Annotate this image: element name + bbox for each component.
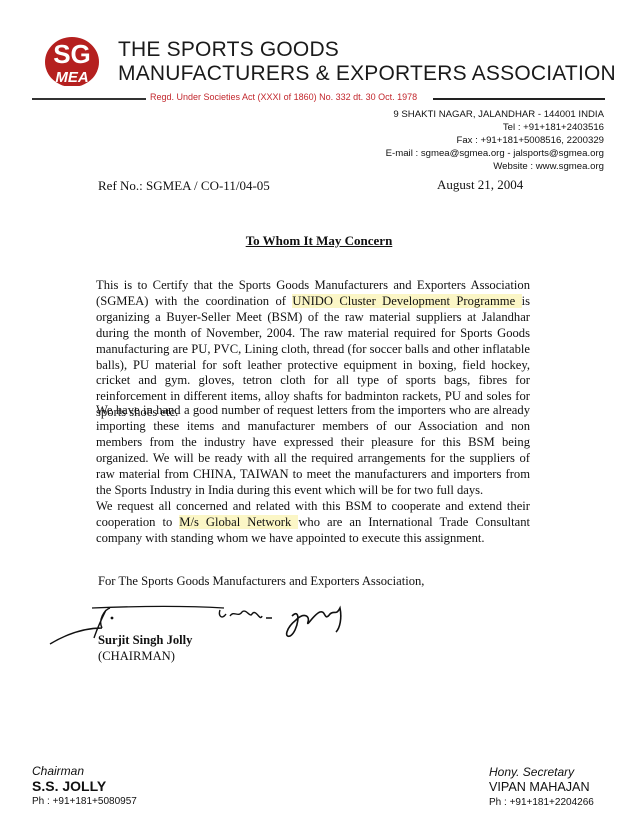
- org-name-line1: THE SPORTS GOODS: [118, 38, 616, 62]
- website: Website : www.sgmea.org: [386, 160, 604, 173]
- footer-chairman-role: Chairman: [32, 764, 137, 778]
- paragraph-2: We have in hand a good number of request…: [96, 403, 530, 498]
- footer-secretary: Hony. Secretary VIPAN MAHAJAN Ph : +91+1…: [489, 765, 594, 809]
- signatory-title: (CHAIRMAN): [98, 648, 192, 664]
- footer-secretary-name: VIPAN MAHAJAN: [489, 779, 594, 796]
- signatory-name: Surjit Singh Jolly: [98, 632, 192, 648]
- logo-text-bottom: MEA: [55, 69, 88, 86]
- closing-line: For The Sports Goods Manufacturers and E…: [98, 574, 424, 589]
- signatory-block: Surjit Singh Jolly (CHAIRMAN): [98, 632, 192, 664]
- org-name-line2: MANUFACTURERS & EXPORTERS ASSOCIATION: [118, 62, 616, 86]
- email: E-mail : sgmea@sgmea.org - jalsports@sgm…: [386, 147, 604, 160]
- footer-secretary-role: Hony. Secretary: [489, 765, 594, 779]
- contact-block: 9 SHAKTI NAGAR, JALANDHAR - 144001 INDIA…: [386, 108, 604, 173]
- letterhead-rule-left: [32, 98, 146, 100]
- footer-chairman: Chairman S.S. JOLLY Ph : +91+181+5080957: [32, 764, 137, 808]
- highlight-global-network: M/s Global Network: [179, 515, 298, 529]
- logo-text-top: SG: [53, 39, 91, 69]
- letterhead-rule-right: [433, 98, 605, 100]
- footer-chairman-phone: Ph : +91+181+5080957: [32, 795, 137, 808]
- reference-number: Ref No.: SGMEA / CO-11/04-05: [98, 178, 270, 194]
- sgmea-logo-icon: SG MEA: [42, 34, 102, 86]
- telephone: Tel : +91+181+2403516: [386, 121, 604, 134]
- registration-note: Regd. Under Societies Act (XXXI of 1860)…: [150, 92, 417, 102]
- letter-subject: To Whom It May Concern: [0, 233, 638, 249]
- paragraph-1: This is to Certify that the Sports Goods…: [96, 278, 530, 421]
- handwritten-signature-icon: [40, 598, 360, 664]
- footer-chairman-name: S.S. JOLLY: [32, 778, 137, 795]
- postal-address: 9 SHAKTI NAGAR, JALANDHAR - 144001 INDIA: [386, 108, 604, 121]
- organization-name: THE SPORTS GOODS MANUFACTURERS & EXPORTE…: [118, 38, 616, 86]
- fax: Fax : +91+181+5008516, 2200329: [386, 134, 604, 147]
- highlight-unido: UNIDO Cluster Development Programme: [292, 294, 521, 308]
- footer-secretary-phone: Ph : +91+181+2204266: [489, 796, 594, 809]
- paragraph-1-text-b: is organizing a Buyer-Seller Meet (BSM) …: [96, 294, 530, 419]
- letter-date: August 21, 2004: [437, 177, 523, 193]
- paragraph-3: We request all concerned and related wit…: [96, 499, 530, 547]
